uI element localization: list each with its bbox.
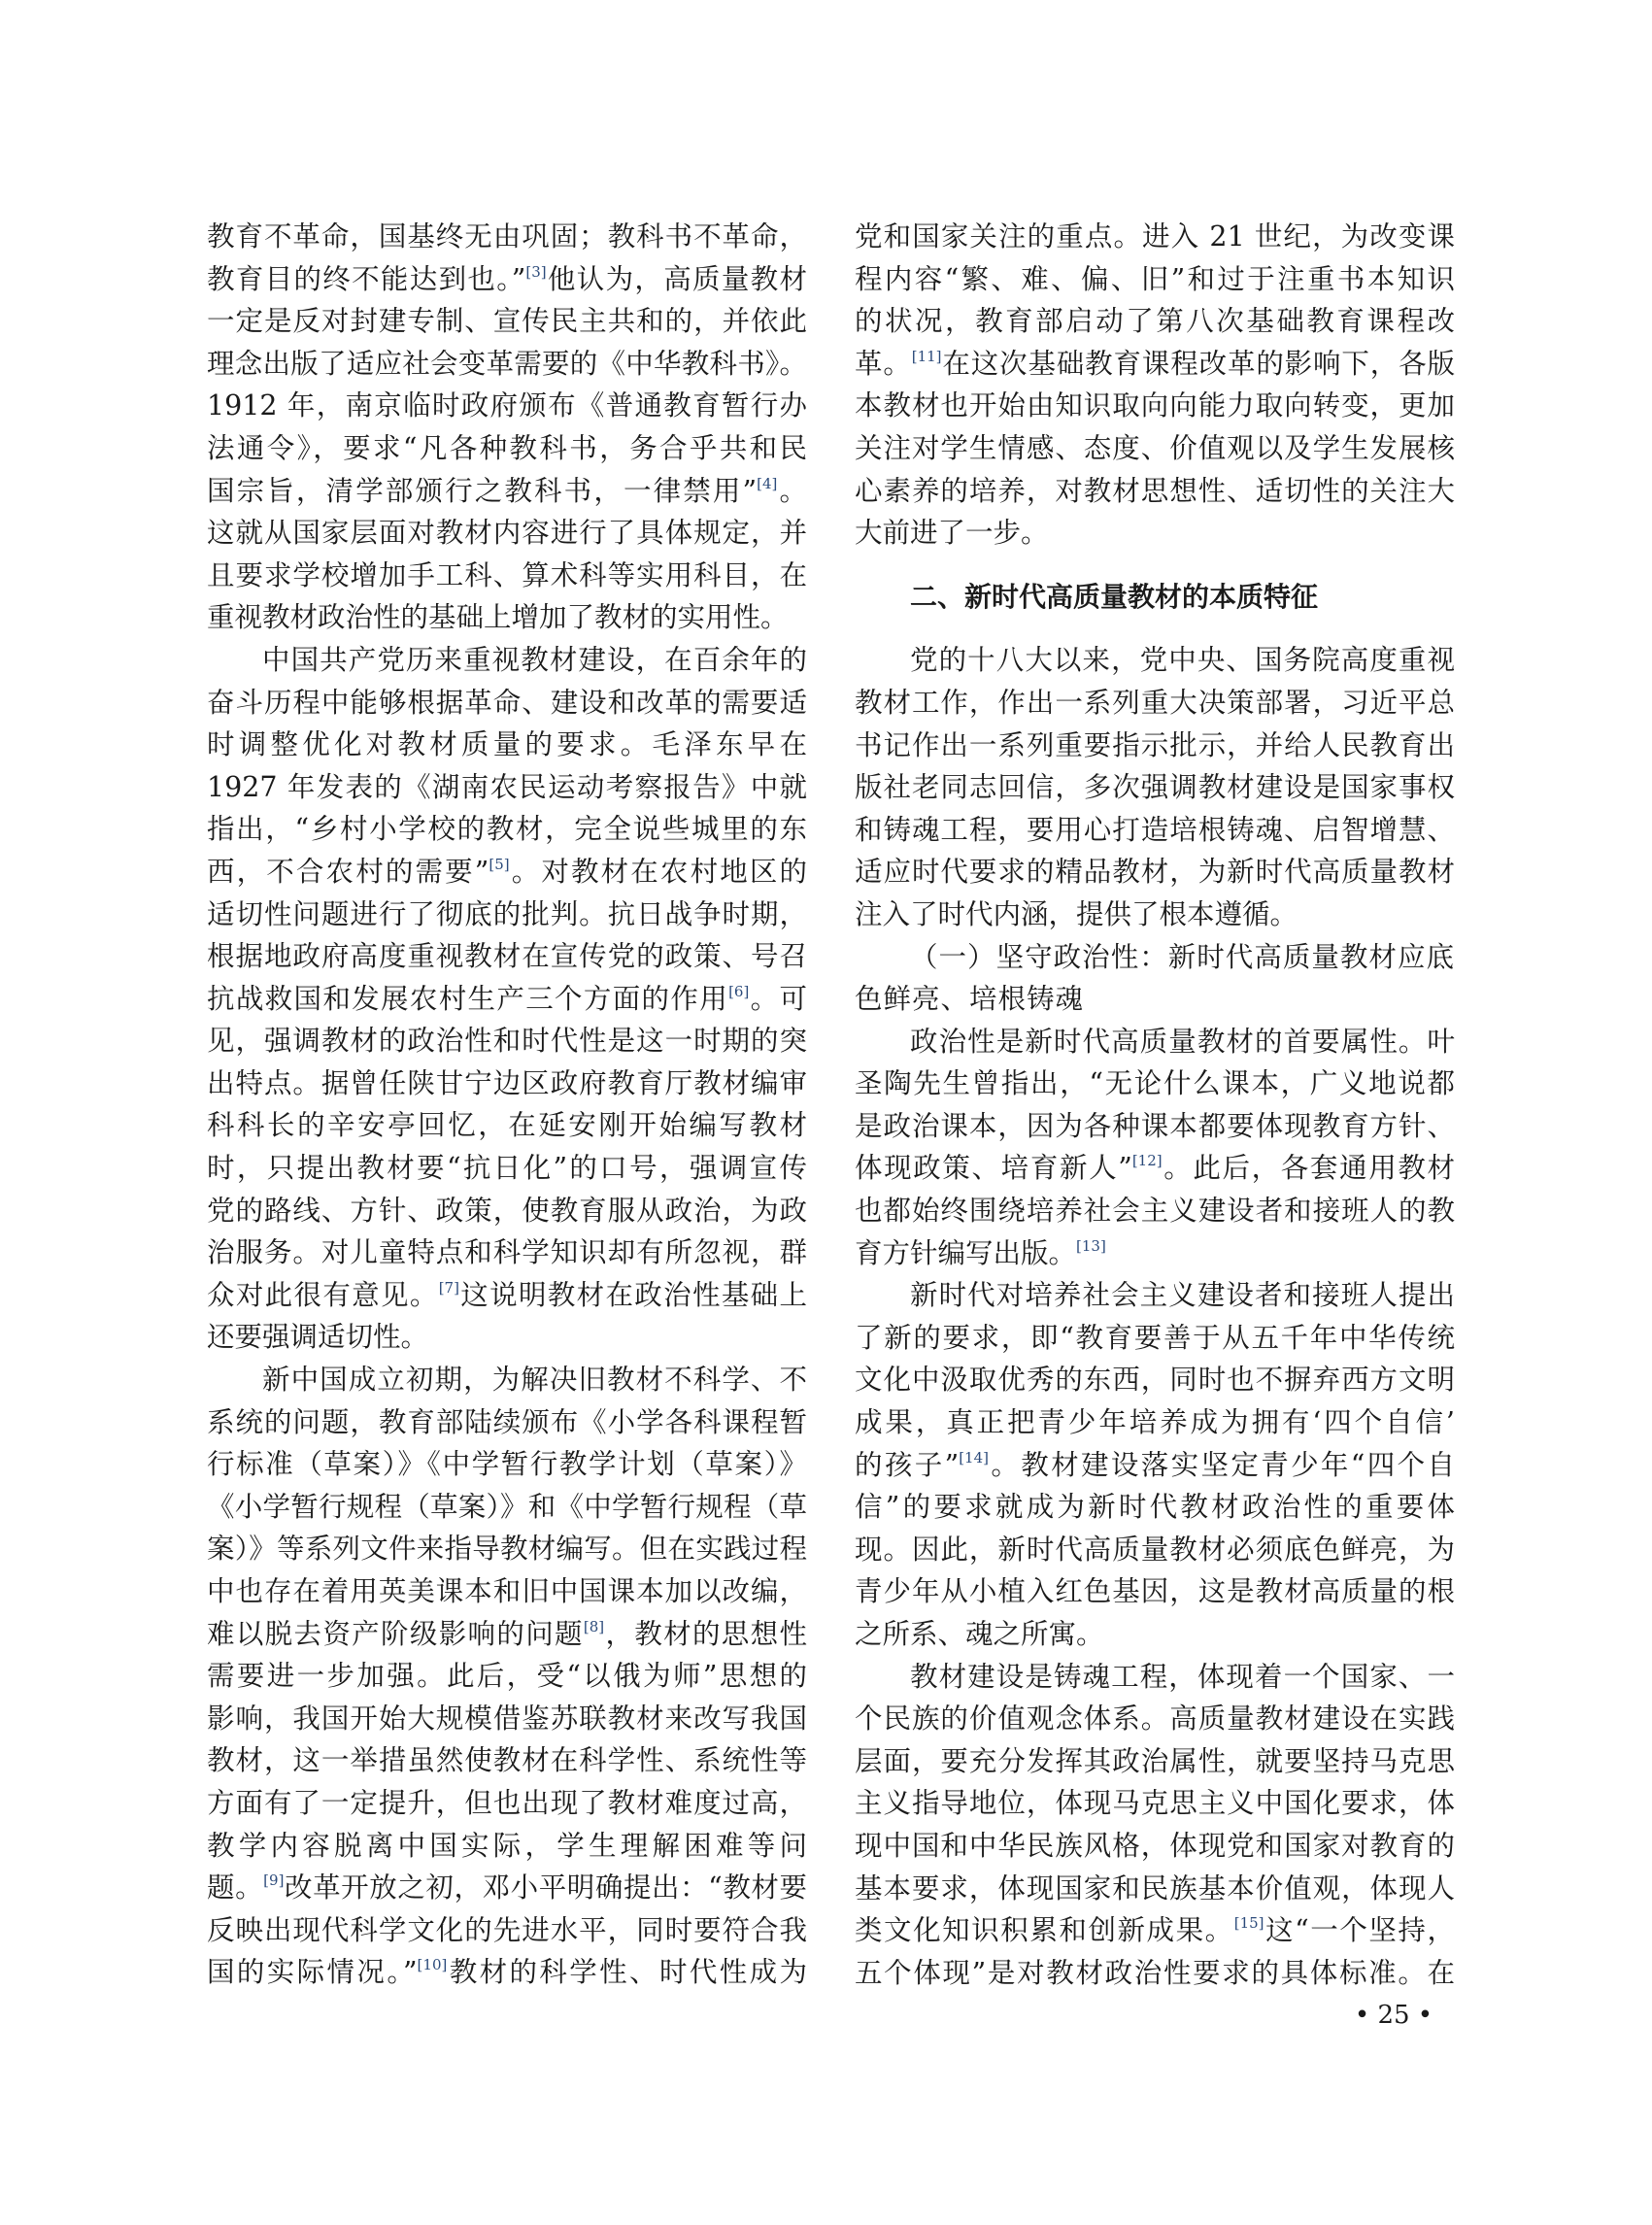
line-text: 程内容“繁、难、偏、旧”和过于注重书本知识 bbox=[855, 263, 1455, 295]
line-text: 时调整优化对教材质量的要求。毛泽东早在 bbox=[207, 728, 807, 760]
line-text: 基本要求，体现国家和民族基本价值观，体现人 bbox=[855, 1872, 1455, 1905]
line-text: 党的十八大以来，党中央、国务院高度重视 bbox=[910, 644, 1455, 676]
line-text: 治服务。对儿童特点和科学知识却有所忽视，群 bbox=[207, 1236, 807, 1268]
text-line: 西，不合农村的需要”[5]。对教材在农村地区的 bbox=[207, 851, 807, 893]
text-line: 层面，要充分发挥其政治属性，就要坚持马克思 bbox=[855, 1740, 1455, 1783]
text-line: 行标准（草案）》《中学暂行教学计划（草案）》 bbox=[207, 1443, 807, 1486]
line-text: 信”的要求就成为新时代教材政治性的重要体 bbox=[855, 1491, 1455, 1523]
text-line: 需要进一步加强。此后，受“以俄为师”思想的 bbox=[207, 1655, 807, 1698]
text-line: 教育目的终不能达到也。”[3]他认为，高质量教材 bbox=[207, 258, 807, 301]
text-line: 成果，真正把青少年培养成为拥有‘四个自信’ bbox=[855, 1401, 1455, 1444]
line-text: 反映出现代科学文化的先进水平，同时要符合我 bbox=[207, 1914, 807, 1946]
text-line: 之所系、魂之所寓。 bbox=[855, 1613, 1455, 1656]
right-column-body: 党的十八大以来，党中央、国务院高度重视教材工作，作出一系列重大决策部署，习近平总… bbox=[855, 639, 1455, 1994]
text-line: 案）》等系列文件来指导教材编写。但在实践过程 bbox=[207, 1528, 807, 1570]
text-line: 个民族的价值观念体系。高质量教材建设在实践 bbox=[855, 1698, 1455, 1740]
text-line: 难以脱去资产阶级影响的问题[8]，教材的思想性 bbox=[207, 1613, 807, 1656]
text-line: 基本要求，体现国家和民族基本价值观，体现人 bbox=[855, 1868, 1455, 1910]
line-text: 这就从国家层面对教材内容进行了具体规定，并 bbox=[207, 517, 807, 549]
line-text: 教学内容脱离中国实际，学生理解困难等问 bbox=[207, 1830, 807, 1862]
citation-ref[interactable]: [14] bbox=[959, 1449, 989, 1466]
text-line: 圣陶先生曾指出，“无论什么课本，广义地说都 bbox=[855, 1062, 1455, 1105]
citation-ref[interactable]: [5] bbox=[489, 856, 509, 873]
text-line: 时，只提出教材要“抗日化”的口号，强调宣传 bbox=[207, 1147, 807, 1190]
line-text: 国宗旨，清学部颁行之教科书，一律禁用” bbox=[207, 475, 757, 507]
citation-ref[interactable]: [7] bbox=[439, 1279, 459, 1297]
right-column-intro: 党和国家关注的重点。进入 21 世纪，为改变课程内容“繁、难、偏、旧”和过于注重… bbox=[855, 216, 1455, 555]
line-text-after: 教材的科学性、时代性成为 bbox=[447, 1956, 807, 1988]
line-text: 出特点。据曾任陕甘宁边区政府教育厅教材编审 bbox=[207, 1067, 807, 1099]
text-line: 1927 年发表的《湖南农民运动考察报告》中就 bbox=[207, 766, 807, 809]
line-text: 本教材也开始由知识取向向能力取向转变，更加 bbox=[855, 389, 1455, 421]
line-text: 版社老同志回信，多次强调教材建设是国家事权 bbox=[855, 771, 1455, 803]
text-line: 一定是反对封建专制、宣传民主共和的，并依此 bbox=[207, 300, 807, 343]
text-line: 关注对学生情感、态度、价值观以及学生发展核 bbox=[855, 427, 1455, 470]
line-text-after: 在这次基础教育课程改革的影响下，各版 bbox=[942, 348, 1455, 380]
line-text: 个民族的价值观念体系。高质量教材建设在实践 bbox=[855, 1702, 1455, 1735]
text-line: 理念出版了适应社会变革需要的《中华教科书》。 bbox=[207, 343, 807, 386]
text-line: 奋斗历程中能够根据革命、建设和改革的需要适 bbox=[207, 682, 807, 725]
line-text: 方面有了一定提升，但也出现了教材难度过高， bbox=[207, 1787, 807, 1819]
text-line: 党和国家关注的重点。进入 21 世纪，为改变课 bbox=[855, 216, 1455, 258]
text-line: 教材工作，作出一系列重大决策部署，习近平总 bbox=[855, 682, 1455, 725]
section-heading: 二、新时代高质量教材的本质特征 bbox=[855, 576, 1455, 619]
line-text-after: 改革开放之初，邓小平明确提出：“教材要 bbox=[284, 1871, 807, 1904]
line-text: 且要求学校增加手工科、算术科等实用科目，在 bbox=[207, 559, 807, 591]
text-line: 出特点。据曾任陕甘宁边区政府教育厅教材编审 bbox=[207, 1062, 807, 1105]
text-line: 反映出现代科学文化的先进水平，同时要符合我 bbox=[207, 1909, 807, 1952]
text-line: 是政治课本，因为各种课本都要体现教育方针、 bbox=[855, 1105, 1455, 1148]
left-column: 教育不革命，国基终无由巩固；教科书不革命，教育目的终不能达到也。”[3]他认为，… bbox=[207, 216, 807, 1994]
line-text-after: ，教材的思想性 bbox=[604, 1618, 807, 1650]
line-text: 难以脱去资产阶级影响的问题 bbox=[207, 1618, 584, 1650]
line-text-after: 。此后，各套通用教材 bbox=[1163, 1152, 1455, 1184]
text-line: 文化中汲取优秀的东西，同时也不摒弃西方文明 bbox=[855, 1359, 1455, 1401]
line-text: 时，只提出教材要“抗日化”的口号，强调宣传 bbox=[207, 1152, 807, 1184]
text-line: 中也存在着用英美课本和旧中国课本加以改编， bbox=[207, 1570, 807, 1613]
text-line: 教材，这一举措虽然使教材在科学性、系统性等 bbox=[207, 1739, 807, 1782]
text-line: 党的路线、方针、政策，使教育服从政治，为政 bbox=[207, 1190, 807, 1232]
text-line: 注入了时代内涵，提供了根本遵循。 bbox=[855, 893, 1455, 936]
line-text: 色鲜亮、培根铸魂 bbox=[855, 983, 1084, 1015]
line-text: 系统的问题，教育部陆续颁布《小学各科课程暂 bbox=[207, 1406, 807, 1438]
line-text: 五个体现”是对教材政治性要求的具体标准。在 bbox=[855, 1957, 1455, 1989]
text-line: 心素养的培养，对教材思想性、适切性的关注大 bbox=[855, 470, 1455, 513]
citation-ref[interactable]: [11] bbox=[912, 348, 942, 365]
text-line: 根据地政府高度重视教材在宣传党的政策、号召 bbox=[207, 935, 807, 978]
text-line: 法通令》，要求“凡各种教科书，务合乎共和民 bbox=[207, 427, 807, 470]
text-line: 类文化知识积累和创新成果。[15]这“一个坚持， bbox=[855, 1909, 1455, 1952]
line-text: 育方针编写出版。 bbox=[855, 1237, 1076, 1269]
text-line: 《小学暂行规程（草案）》和《中学暂行规程（草 bbox=[207, 1486, 807, 1529]
text-line: 适应时代要求的精品教材，为新时代高质量教材 bbox=[855, 851, 1455, 893]
line-text-after: 。对教材在农村地区的 bbox=[510, 856, 807, 888]
right-column: 党和国家关注的重点。进入 21 世纪，为改变课程内容“繁、难、偏、旧”和过于注重… bbox=[855, 216, 1455, 1994]
text-line: 见，强调教材的政治性和时代性是这一时期的突 bbox=[207, 1020, 807, 1062]
line-text: 一定是反对封建专制、宣传民主共和的，并依此 bbox=[207, 305, 807, 337]
text-line: 影响，我国开始大规模借鉴苏联教材来改写我国 bbox=[207, 1698, 807, 1740]
text-line: 本教材也开始由知识取向向能力取向转变，更加 bbox=[855, 385, 1455, 427]
line-text: 教材工作，作出一系列重大决策部署，习近平总 bbox=[855, 687, 1455, 719]
text-line: 五个体现”是对教材政治性要求的具体标准。在 bbox=[855, 1952, 1455, 1995]
line-text: 层面，要充分发挥其政治属性，就要坚持马克思 bbox=[855, 1745, 1455, 1777]
line-text: 中国共产党历来重视教材建设，在百余年的 bbox=[262, 644, 807, 676]
line-text: 抗战救国和发展农村生产三个方面的作用 bbox=[207, 983, 728, 1015]
citation-ref[interactable]: [15] bbox=[1234, 1914, 1264, 1932]
citation-ref[interactable]: [6] bbox=[728, 983, 749, 1000]
line-text: 还要强调适切性。 bbox=[207, 1321, 428, 1353]
line-text: 教材，这一举措虽然使教材在科学性、系统性等 bbox=[207, 1744, 807, 1776]
text-line: 抗战救国和发展农村生产三个方面的作用[6]。可 bbox=[207, 978, 807, 1021]
text-line: 的状况，教育部启动了第八次基础教育课程改 bbox=[855, 300, 1455, 343]
line-text: （一）坚守政治性：新时代高质量教材应底 bbox=[910, 941, 1455, 973]
line-text: 和铸魂工程，要用心打造培根铸魂、启智增慧、 bbox=[855, 814, 1455, 846]
line-text: 革。 bbox=[855, 348, 912, 380]
line-text-after: 。 bbox=[777, 475, 807, 507]
line-text: 科科长的辛安亭回忆，在延安刚开始编写教材 bbox=[207, 1109, 807, 1141]
line-text: 新中国成立初期，为解决旧教材不科学、不 bbox=[262, 1364, 807, 1396]
line-text: 文化中汲取优秀的东西，同时也不摒弃西方文明 bbox=[855, 1364, 1455, 1396]
line-text: 的状况，教育部启动了第八次基础教育课程改 bbox=[855, 305, 1455, 337]
line-text: 青少年从小植入红色基因，这是教材高质量的根 bbox=[855, 1575, 1455, 1607]
line-text: 体现政策、培育新人” bbox=[855, 1152, 1132, 1184]
line-text: 指出，“乡村小学校的教材，完全说些城里的东 bbox=[207, 813, 807, 845]
text-line: 书记作出一系列重要指示批示，并给人民教育出 bbox=[855, 725, 1455, 767]
line-text: 党的路线、方针、政策，使教育服从政治，为政 bbox=[207, 1195, 807, 1227]
line-text: 西，不合农村的需要” bbox=[207, 856, 489, 888]
text-line: 革。[11]在这次基础教育课程改革的影响下，各版 bbox=[855, 343, 1455, 386]
text-line: 信”的要求就成为新时代教材政治性的重要体 bbox=[855, 1486, 1455, 1529]
line-text: 现。因此，新时代高质量教材必须底色鲜亮，为 bbox=[855, 1534, 1455, 1566]
line-text: 中也存在着用英美课本和旧中国课本加以改编， bbox=[207, 1575, 807, 1607]
text-line: 这就从国家层面对教材内容进行了具体规定，并 bbox=[207, 512, 807, 555]
text-line: 方面有了一定提升，但也出现了教材难度过高， bbox=[207, 1782, 807, 1825]
line-text: 适应时代要求的精品教材，为新时代高质量教材 bbox=[855, 856, 1455, 888]
line-text: 《小学暂行规程（草案）》和《中学暂行规程（草 bbox=[207, 1491, 807, 1523]
line-text: 适切性问题进行了彻底的批判。抗日战争时期， bbox=[207, 898, 807, 930]
text-line: 现。因此，新时代高质量教材必须底色鲜亮，为 bbox=[855, 1529, 1455, 1571]
line-text-after: 他认为，高质量教材 bbox=[547, 263, 807, 295]
text-line: 且要求学校增加手工科、算术科等实用科目，在 bbox=[207, 555, 807, 597]
citation-ref[interactable]: [12] bbox=[1132, 1152, 1163, 1169]
line-text: 心素养的培养，对教材思想性、适切性的关注大 bbox=[855, 475, 1455, 507]
line-text: 行标准（草案）》《中学暂行教学计划（草案）》 bbox=[207, 1448, 807, 1480]
text-line: 和铸魂工程，要用心打造培根铸魂、启智增慧、 bbox=[855, 809, 1455, 852]
text-line: 的孩子”[14]。教材建设落实坚定青少年“四个自 bbox=[855, 1444, 1455, 1487]
line-text-after: 。可 bbox=[749, 983, 807, 1015]
line-text: 圣陶先生曾指出，“无论什么课本，广义地说都 bbox=[855, 1067, 1455, 1099]
line-text: 法通令》，要求“凡各种教科书，务合乎共和民 bbox=[207, 432, 807, 464]
line-text: 了新的要求，即“教育要善于从五千年中华传统 bbox=[855, 1322, 1455, 1354]
text-line: 大前进了一步。 bbox=[855, 512, 1455, 555]
line-text: 现中国和中华民族风格，体现党和国家对教育的 bbox=[855, 1830, 1455, 1862]
line-text: 国的实际情况。” bbox=[207, 1956, 418, 1988]
page-number: • 25 • bbox=[1340, 2001, 1447, 2030]
text-line: 国宗旨，清学部颁行之教科书，一律禁用”[4]。 bbox=[207, 470, 807, 513]
line-text: 教材建设是铸魂工程，体现着一个国家、一 bbox=[910, 1661, 1455, 1693]
text-line: 色鲜亮、培根铸魂 bbox=[855, 978, 1455, 1021]
text-line: 也都始终围绕培养社会主义建设者和接班人的教 bbox=[855, 1190, 1455, 1232]
text-line: 新时代对培养社会主义建设者和接班人提出 bbox=[855, 1274, 1455, 1317]
text-line: 中国共产党历来重视教材建设，在百余年的 bbox=[207, 639, 807, 682]
text-line: 适切性问题进行了彻底的批判。抗日战争时期， bbox=[207, 893, 807, 936]
line-text: 新时代对培养社会主义建设者和接班人提出 bbox=[910, 1279, 1455, 1311]
line-text: 1912 年，南京临时政府颁布《普通教育暂行办 bbox=[207, 389, 807, 421]
line-text-after: 这“一个坚持， bbox=[1264, 1914, 1455, 1946]
text-line: 政治性是新时代高质量教材的首要属性。叶 bbox=[855, 1021, 1455, 1063]
line-text: 案）》等系列文件来指导教材编写。但在实践过程 bbox=[207, 1533, 807, 1565]
text-line: 指出，“乡村小学校的教材，完全说些城里的东 bbox=[207, 808, 807, 851]
line-text: 大前进了一步。 bbox=[855, 517, 1049, 549]
line-text: 主义指导地位，体现马克思主义中国化要求，体 bbox=[855, 1787, 1455, 1819]
citation-ref[interactable]: [3] bbox=[525, 263, 546, 281]
citation-ref[interactable]: [13] bbox=[1076, 1237, 1106, 1255]
text-line: 系统的问题，教育部陆续颁布《小学各科课程暂 bbox=[207, 1401, 807, 1444]
line-text: 注入了时代内涵，提供了根本遵循。 bbox=[855, 898, 1298, 930]
line-text: 关注对学生情感、态度、价值观以及学生发展核 bbox=[855, 432, 1455, 464]
line-text: 需要进一步加强。此后，受“以俄为师”思想的 bbox=[207, 1660, 807, 1692]
citation-ref[interactable]: [8] bbox=[584, 1618, 604, 1635]
citation-ref[interactable]: [9] bbox=[263, 1871, 284, 1889]
text-line: 程内容“繁、难、偏、旧”和过于注重书本知识 bbox=[855, 258, 1455, 301]
text-line: 科科长的辛安亭回忆，在延安刚开始编写教材 bbox=[207, 1104, 807, 1147]
line-text: 教育目的终不能达到也。” bbox=[207, 263, 525, 295]
text-line: 党的十八大以来，党中央、国务院高度重视 bbox=[855, 639, 1455, 682]
line-text: 重视教材政治性的基础上增加了教材的实用性。 bbox=[207, 601, 789, 633]
line-text: 影响，我国开始大规模借鉴苏联教材来改写我国 bbox=[207, 1702, 807, 1735]
line-text: 题。 bbox=[207, 1871, 263, 1904]
line-text-after: 。教材建设落实坚定青少年“四个自 bbox=[989, 1449, 1455, 1481]
line-text: 根据地政府高度重视教材在宣传党的政策、号召 bbox=[207, 940, 807, 972]
text-line: 题。[9]改革开放之初，邓小平明确提出：“教材要 bbox=[207, 1867, 807, 1909]
text-line: 了新的要求，即“教育要善于从五千年中华传统 bbox=[855, 1317, 1455, 1360]
text-line: 1912 年，南京临时政府颁布《普通教育暂行办 bbox=[207, 385, 807, 427]
text-line: 版社老同志回信，多次强调教材建设是国家事权 bbox=[855, 766, 1455, 809]
text-line: 现中国和中华民族风格，体现党和国家对教育的 bbox=[855, 1825, 1455, 1868]
line-text: 见，强调教材的政治性和时代性是这一时期的突 bbox=[207, 1025, 807, 1057]
line-text: 教育不革命，国基终无由巩固；教科书不革命， bbox=[207, 220, 807, 253]
text-line: 新中国成立初期，为解决旧教材不科学、不 bbox=[207, 1359, 807, 1401]
line-text: 成果，真正把青少年培养成为拥有‘四个自信’ bbox=[855, 1406, 1455, 1438]
text-line: 众对此很有意见。[7]这说明教材在政治性基础上 bbox=[207, 1274, 807, 1317]
text-line: 国的实际情况。”[10]教材的科学性、时代性成为 bbox=[207, 1951, 807, 1994]
citation-ref[interactable]: [4] bbox=[757, 475, 777, 492]
line-text: 众对此很有意见。 bbox=[207, 1279, 439, 1311]
text-line: 还要强调适切性。 bbox=[207, 1316, 807, 1359]
line-text: 之所系、魂之所寓。 bbox=[855, 1618, 1104, 1650]
line-text: 理念出版了适应社会变革需要的《中华教科书》。 bbox=[207, 348, 807, 380]
text-line: 体现政策、培育新人”[12]。此后，各套通用教材 bbox=[855, 1147, 1455, 1190]
text-line: 时调整优化对教材质量的要求。毛泽东早在 bbox=[207, 724, 807, 766]
line-text: 的孩子” bbox=[855, 1449, 959, 1481]
text-line: 育方针编写出版。[13] bbox=[855, 1232, 1455, 1275]
line-text: 党和国家关注的重点。进入 21 世纪，为改变课 bbox=[855, 220, 1455, 253]
text-line: 主义指导地位，体现马克思主义中国化要求，体 bbox=[855, 1782, 1455, 1825]
text-line: （一）坚守政治性：新时代高质量教材应底 bbox=[855, 936, 1455, 979]
line-text: 奋斗历程中能够根据革命、建设和改革的需要适 bbox=[207, 687, 807, 719]
line-text: 是政治课本，因为各种课本都要体现教育方针、 bbox=[855, 1110, 1455, 1142]
line-text: 也都始终围绕培养社会主义建设者和接班人的教 bbox=[855, 1195, 1455, 1227]
text-line: 教材建设是铸魂工程，体现着一个国家、一 bbox=[855, 1656, 1455, 1699]
text-line: 青少年从小植入红色基因，这是教材高质量的根 bbox=[855, 1570, 1455, 1613]
text-line: 治服务。对儿童特点和科学知识却有所忽视，群 bbox=[207, 1231, 807, 1274]
text-line: 教育不革命，国基终无由巩固；教科书不革命， bbox=[207, 216, 807, 258]
line-text: 书记作出一系列重要指示批示，并给人民教育出 bbox=[855, 729, 1455, 761]
line-text-after: 这说明教材在政治性基础上 bbox=[459, 1279, 807, 1311]
line-text: 类文化知识积累和创新成果。 bbox=[855, 1914, 1234, 1946]
citation-ref[interactable]: [10] bbox=[418, 1956, 448, 1973]
line-text: 1927 年发表的《湖南农民运动考察报告》中就 bbox=[207, 771, 807, 803]
line-text: 政治性是新时代高质量教材的首要属性。叶 bbox=[910, 1026, 1455, 1058]
text-line: 重视教材政治性的基础上增加了教材的实用性。 bbox=[207, 596, 807, 639]
text-line: 教学内容脱离中国实际，学生理解困难等问 bbox=[207, 1825, 807, 1868]
